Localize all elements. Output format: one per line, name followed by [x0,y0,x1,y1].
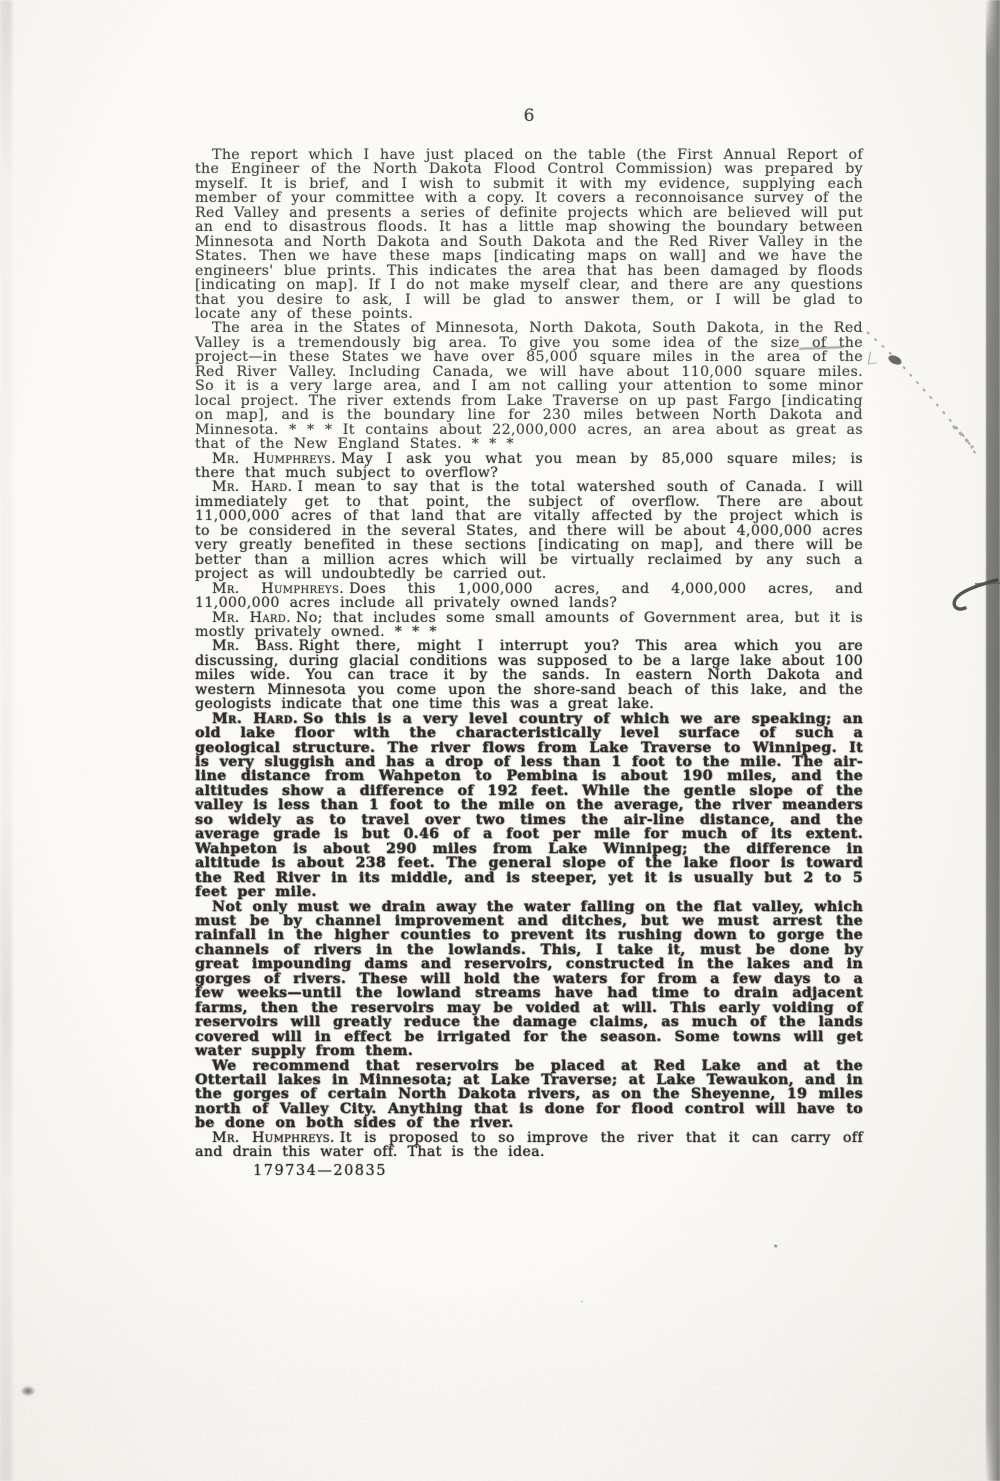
paragraph-text: Right there, might I interrupt you? This… [195,638,863,712]
paragraph: Mr. Hard.I mean to say that is the total… [195,480,863,581]
paragraph-text: So this is a very level country of which… [195,711,863,900]
page-number: 6 [195,106,863,126]
paper-speck: · [579,1298,584,1308]
paragraph: Mr. Humphreys.May I ask you what you mea… [195,452,863,481]
paragraph: Mr. Humphreys.Does this 1,000,000 acres,… [195,582,863,611]
printing-office-number: 179734—20835 [253,1163,863,1179]
paragraph-text: We recommend that reservoirs be placed a… [195,1058,863,1132]
paragraph-text: Not only must we drain away the water fa… [195,899,863,1060]
paragraph-text: The area in the States of Minnesota, Nor… [195,320,863,452]
page-edge-shadow [986,0,1000,1481]
paragraph: Mr. Bass.Right there, might I interrupt … [195,639,863,711]
paragraph-text: No; that includes some small amounts of … [195,610,863,640]
paragraph: Mr. Hard.So this is a very level country… [195,712,863,900]
left-edge-smudge [0,0,12,1481]
paper-speck: ٭ [773,1242,778,1252]
paragraph: The area in the States of Minnesota, Nor… [195,321,863,451]
paragraph: The report which I have just placed on t… [195,148,863,321]
paragraph-text: The report which I have just placed on t… [195,147,863,322]
ink-blot [21,1386,35,1396]
scratch-mark [855,318,1000,628]
paragraph: Not only must we drain away the water fa… [195,900,863,1059]
paragraph: Mr. Hard.No; that includes some small am… [195,611,863,640]
scanned-document-page: 6 The report which I have just placed on… [0,0,1000,1481]
paragraph: Mr. Humphreys.It is proposed to so impro… [195,1131,863,1160]
paragraph: We recommend that reservoirs be placed a… [195,1059,863,1131]
paragraph-text: I mean to say that is the total watershe… [195,479,863,582]
text-column: The report which I have just placed on t… [195,148,863,1179]
